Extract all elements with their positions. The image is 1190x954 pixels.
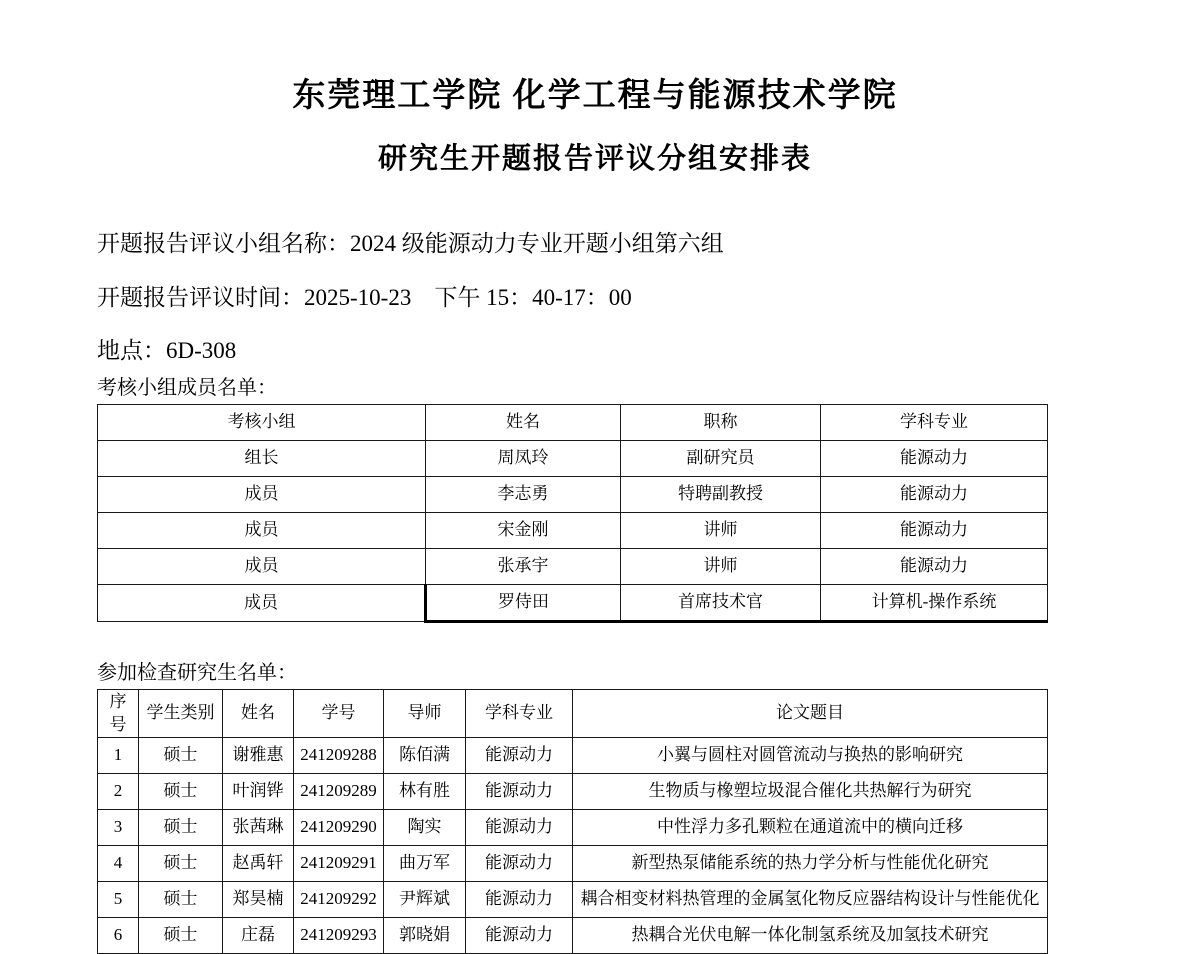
table-cell: 硕士: [139, 773, 223, 809]
table-cell: 能源动力: [466, 737, 573, 773]
table-cell: 陶实: [384, 809, 466, 845]
table-row: 组长 周凤玲 副研究员 能源动力: [98, 441, 1048, 477]
table-cell: 陈佰满: [384, 737, 466, 773]
column-header: 序号: [98, 690, 139, 738]
committee-table: 考核小组 姓名 职称 学科专业 组长 周凤玲 副研究员 能源动力 成员 李志勇 …: [97, 404, 1048, 623]
column-header: 考核小组: [98, 405, 426, 441]
table-cell: 硕士: [139, 809, 223, 845]
table-cell: 郭晓娟: [384, 917, 466, 953]
table-cell: 张茜琳: [223, 809, 294, 845]
table-cell: 小翼与圆柱对圆管流动与换热的影响研究: [573, 737, 1048, 773]
table-cell: 能源动力: [821, 549, 1048, 585]
table-cell: 庄磊: [223, 917, 294, 953]
table-row: 成员 张承宇 讲师 能源动力: [98, 549, 1048, 585]
column-header: 学科专业: [821, 405, 1048, 441]
table-cell: 硕士: [139, 737, 223, 773]
document-title: 东莞理工学院 化学工程与能源技术学院: [97, 78, 1093, 116]
table-cell: 赵禹轩: [223, 845, 294, 881]
table-cell: 林有胜: [384, 773, 466, 809]
table-cell: 李志勇: [426, 477, 621, 513]
meeting-time-line: 开题报告评议时间：2025-10-23 下午 15：40-17：00: [97, 284, 1093, 312]
column-header: 学号: [294, 690, 384, 738]
table-row: 4 硕士 赵禹轩 241209291 曲万军 能源动力 新型热泵储能系统的热力学…: [98, 845, 1048, 881]
table-cell: 能源动力: [466, 917, 573, 953]
table-cell: 生物质与橡塑垃圾混合催化共热解行为研究: [573, 773, 1048, 809]
table-cell: 6: [98, 917, 139, 953]
table-cell: 241209288: [294, 737, 384, 773]
table-cell: 能源动力: [466, 773, 573, 809]
column-header: 学生类别: [139, 690, 223, 738]
table-cell: 2: [98, 773, 139, 809]
table-cell: 能源动力: [466, 845, 573, 881]
table-cell: 耦合相变材料热管理的金属氢化物反应器结构设计与性能优化: [573, 881, 1048, 917]
table-row: 5 硕士 郑昊楠 241209292 尹辉斌 能源动力 耦合相变材料热管理的金属…: [98, 881, 1048, 917]
table-cell: 谢雅惠: [223, 737, 294, 773]
table-cell: 成员: [98, 477, 426, 513]
column-header: 论文题目: [573, 690, 1048, 738]
table-cell: 能源动力: [466, 881, 573, 917]
table-cell: 241209291: [294, 845, 384, 881]
table-cell: 5: [98, 881, 139, 917]
column-header: 导师: [384, 690, 466, 738]
table-cell: 讲师: [621, 549, 821, 585]
table-cell: 241209292: [294, 881, 384, 917]
table-cell: 热耦合光伏电解一体化制氢系统及加氢技术研究: [573, 917, 1048, 953]
table-cell: 成员: [98, 549, 426, 585]
table-cell: 241209290: [294, 809, 384, 845]
column-header: 职称: [621, 405, 821, 441]
table-cell: 241209289: [294, 773, 384, 809]
document-page: 东莞理工学院 化学工程与能源技术学院 研究生开题报告评议分组安排表 开题报告评议…: [0, 0, 1190, 954]
table-cell: 能源动力: [821, 441, 1048, 477]
table-cell: 叶润铧: [223, 773, 294, 809]
table-cell: 组长: [98, 441, 426, 477]
table-cell: 成员: [98, 585, 426, 622]
table-cell: 4: [98, 845, 139, 881]
table-row: 1 硕士 谢雅惠 241209288 陈佰满 能源动力 小翼与圆柱对圆管流动与换…: [98, 737, 1048, 773]
column-header: 姓名: [223, 690, 294, 738]
table-cell: 硕士: [139, 881, 223, 917]
table-cell: 郑昊楠: [223, 881, 294, 917]
table-header-row: 序号 学生类别 姓名 学号 导师 学科专业 论文题目: [98, 690, 1048, 738]
table-cell: 讲师: [621, 513, 821, 549]
table-cell: 能源动力: [466, 809, 573, 845]
table-cell: 张承宇: [426, 549, 621, 585]
table-cell: 宋金刚: [426, 513, 621, 549]
table-cell: 中性浮力多孔颗粒在通道流中的横向迁移: [573, 809, 1048, 845]
column-header: 姓名: [426, 405, 621, 441]
table-cell: 罗侍田: [426, 585, 621, 622]
table-cell: 计算机-操作系统: [821, 585, 1048, 622]
committee-table-caption: 考核小组成员名单：: [97, 376, 1093, 400]
table-cell: 能源动力: [821, 513, 1048, 549]
table-cell: 硕士: [139, 845, 223, 881]
column-header: 学科专业: [466, 690, 573, 738]
table-cell: 首席技术官: [621, 585, 821, 622]
document-subtitle: 研究生开题报告评议分组安排表: [97, 143, 1093, 176]
students-table: 序号 学生类别 姓名 学号 导师 学科专业 论文题目 1 硕士 谢雅惠 2412…: [97, 689, 1048, 954]
students-table-caption: 参加检查研究生名单：: [97, 661, 1093, 685]
table-cell: 成员: [98, 513, 426, 549]
table-row: 成员 宋金刚 讲师 能源动力: [98, 513, 1048, 549]
table-cell: 3: [98, 809, 139, 845]
table-row: 3 硕士 张茜琳 241209290 陶实 能源动力 中性浮力多孔颗粒在通道流中…: [98, 809, 1048, 845]
table-row: 2 硕士 叶润铧 241209289 林有胜 能源动力 生物质与橡塑垃圾混合催化…: [98, 773, 1048, 809]
table-cell: 特聘副教授: [621, 477, 821, 513]
table-cell: 硕士: [139, 917, 223, 953]
table-cell: 曲万军: [384, 845, 466, 881]
table-cell: 副研究员: [621, 441, 821, 477]
table-cell: 241209293: [294, 917, 384, 953]
table-cell: 1: [98, 737, 139, 773]
group-name-line: 开题报告评议小组名称：2024 级能源动力专业开题小组第六组: [97, 230, 1093, 258]
table-cell: 能源动力: [821, 477, 1048, 513]
table-cell: 尹辉斌: [384, 881, 466, 917]
table-cell: 新型热泵储能系统的热力学分析与性能优化研究: [573, 845, 1048, 881]
table-header-row: 考核小组 姓名 职称 学科专业: [98, 405, 1048, 441]
location-line: 地点：6D-308: [97, 337, 1093, 365]
table-row: 成员 李志勇 特聘副教授 能源动力: [98, 477, 1048, 513]
table-cell: 周凤玲: [426, 441, 621, 477]
table-row: 6 硕士 庄磊 241209293 郭晓娟 能源动力 热耦合光伏电解一体化制氢系…: [98, 917, 1048, 953]
table-row: 成员 罗侍田 首席技术官 计算机-操作系统: [98, 585, 1048, 622]
